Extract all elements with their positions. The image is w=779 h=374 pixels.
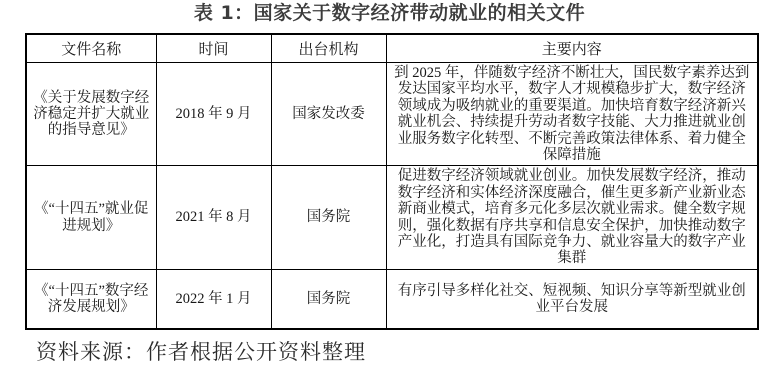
doc-name-cell: 《“十四五”数字经济发展规划》: [26, 269, 156, 329]
col-header-main-content: 主要内容: [386, 34, 758, 63]
col-header-document-name: 文件名称: [26, 34, 156, 63]
documents-table: 文件名称 时间 出台机构 主要内容 《关于发展数字经济稳定并扩大就业的指导意见》…: [25, 33, 759, 330]
col-header-time: 时间: [156, 34, 271, 63]
source-note: 资料来源：作者根据公开资料整理: [36, 336, 366, 366]
agency-cell: 国务院: [271, 166, 386, 269]
table-row: 《关于发展数字经济稳定并扩大就业的指导意见》 2018 年 9 月 国家发改委 …: [26, 63, 758, 166]
agency-cell: 国务院: [271, 269, 386, 329]
time-cell: 2021 年 8 月: [156, 166, 271, 269]
main-content-cell: 促进数字经济领域就业创业。加快发展数字经济，推动数字经济和实体经济深度融合，催生…: [386, 166, 758, 269]
table-title: 表 1：国家关于数字经济带动就业的相关文件: [0, 0, 779, 25]
time-cell: 2018 年 9 月: [156, 63, 271, 166]
table-row: 《“十四五”就业促进规划》 2021 年 8 月 国务院 促进数字经济领域就业创…: [26, 166, 758, 269]
agency-cell: 国家发改委: [271, 63, 386, 166]
main-content-cell: 到 2025 年，伴随数字经济不断壮大，国民数字素养达到发达国家平均水平，数字人…: [386, 63, 758, 166]
col-header-agency: 出台机构: [271, 34, 386, 63]
table-header-row: 文件名称 时间 出台机构 主要内容: [26, 34, 758, 63]
doc-name-cell: 《关于发展数字经济稳定并扩大就业的指导意见》: [26, 63, 156, 166]
time-cell: 2022 年 1 月: [156, 269, 271, 329]
main-content-cell: 有序引导多样化社交、短视频、知识分享等新型就业创业平台发展: [386, 269, 758, 329]
table-row: 《“十四五”数字经济发展规划》 2022 年 1 月 国务院 有序引导多样化社交…: [26, 269, 758, 329]
doc-name-cell: 《“十四五”就业促进规划》: [26, 166, 156, 269]
